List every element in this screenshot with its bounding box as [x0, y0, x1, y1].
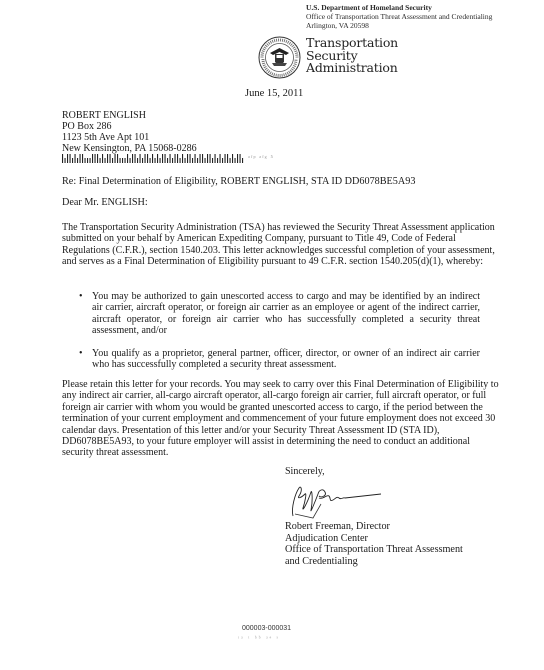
- signatory-office: and Credentialing: [285, 556, 463, 568]
- recipient-address: ROBERT ENGLISH PO Box 286 1123 5th Ave A…: [62, 110, 197, 154]
- recipient-address-line: 1123 5th Ave Apt 101: [62, 132, 197, 143]
- office-city: Arlington, VA 20598: [306, 21, 492, 30]
- body-paragraph: The Transportation Security Administrati…: [62, 222, 502, 268]
- signatory-name: Robert Freeman, Director: [285, 521, 463, 533]
- signatory-unit: Adjudication Center: [285, 533, 463, 545]
- letter-date: June 15, 2011: [245, 88, 303, 99]
- recipient-name: ROBERT ENGLISH: [62, 110, 197, 121]
- agency-name-line: Administration: [306, 62, 398, 75]
- list-item: • You may be authorized to gain unescort…: [76, 291, 480, 337]
- signature-block: Robert Freeman, Director Adjudication Ce…: [285, 521, 463, 567]
- barcode-trailer: ᵃᶠᵖ ᵃᶠᵍ ⁵: [248, 154, 274, 162]
- bullet-icon: •: [79, 291, 83, 302]
- document-id: 000003-000031: [242, 625, 291, 632]
- list-item-text: You may be authorized to gain unescorted…: [92, 291, 480, 336]
- footer-noise: ᶦᵃ ᵗ ᵇᵇ ᵃᵉ ˢ: [238, 636, 280, 642]
- letterhead-address: U.S. Department of Homeland Security Off…: [306, 3, 492, 30]
- signature-icon: [285, 480, 385, 520]
- subject-line: Re: Final Determination of Eligibility, …: [62, 176, 415, 187]
- salutation: Dear Mr. ENGLISH:: [62, 197, 148, 208]
- recipient-address-line: PO Box 286: [62, 121, 197, 132]
- recipient-address-line: New Kensington, PA 15068-0286: [62, 143, 197, 154]
- department-name: U.S. Department of Homeland Security: [306, 3, 492, 12]
- closing: Sincerely,: [285, 466, 325, 477]
- signatory-office: Office of Transportation Threat Assessme…: [285, 544, 463, 556]
- list-item-text: You qualify as a proprietor, general par…: [92, 348, 480, 370]
- body-paragraph: Please retain this letter for your recor…: [62, 379, 502, 459]
- list-item: • You qualify as a proprietor, general p…: [76, 348, 480, 371]
- agency-name: Transportation Security Administration: [306, 37, 398, 75]
- eligibility-list: • You may be authorized to gain unescort…: [76, 291, 480, 381]
- postal-barcode: [62, 154, 247, 163]
- bullet-icon: •: [79, 348, 83, 359]
- dhs-seal-icon: [258, 36, 301, 79]
- office-name: Office of Transportation Threat Assessme…: [306, 12, 492, 21]
